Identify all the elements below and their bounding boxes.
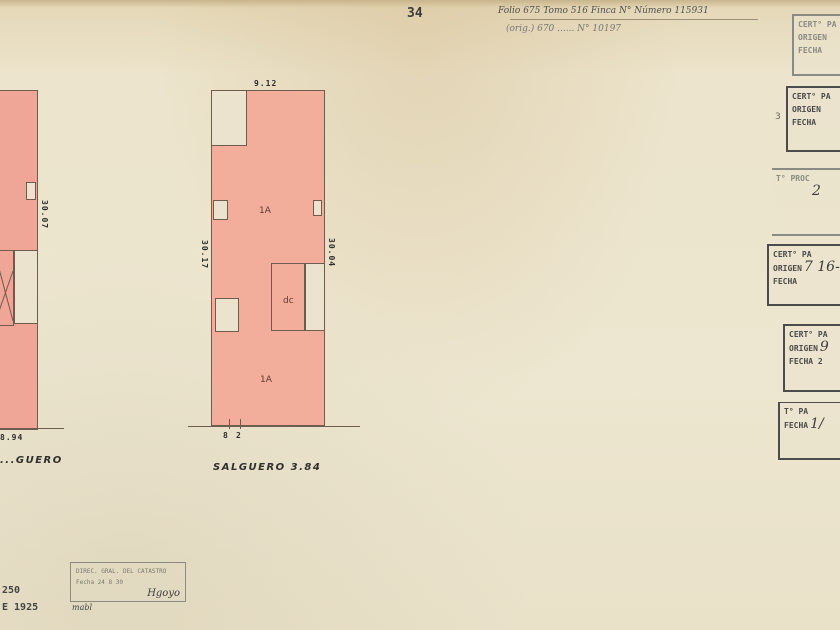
certificate-stamp-1: CERT° PA ORIGEN FECHA (792, 14, 840, 76)
registry-reference-line-1: Folio 675 Tomo 516 Finca N° Número 11593… (498, 6, 709, 16)
left-plan-courtyard (14, 250, 38, 324)
left-plan-street-name: ...GUERO (0, 455, 63, 466)
cadastre-office-stamp: DIREC. GRAL. DEL CATASTRO Fecha 24 8 30 … (70, 562, 186, 602)
room-label-lower: 1A (260, 375, 272, 385)
registry-reference-line-2: (orig.) 670 ...... N° 10197 (506, 24, 621, 34)
center-plan-rear-patio (211, 90, 247, 146)
page-number: 34 (407, 6, 423, 21)
certificate-stamp-5: CERT° PA ORIGEN9 FECHA 2 (783, 324, 840, 392)
left-plan-notch (26, 182, 36, 200)
frontage-tick-2 (240, 419, 241, 429)
center-plan-side-light-well (305, 263, 325, 331)
center-plan-small-patio (213, 200, 228, 220)
left-plan-frontage-dimension: 8.94 (0, 433, 23, 442)
left-plan-street-line (0, 428, 64, 429)
bottom-left-year: E 1925 (2, 602, 38, 613)
center-plan-street-name: SALGUERO 3.84 (213, 462, 321, 473)
left-plan-side-dimension: 30.07 (40, 200, 49, 229)
center-plan-right-dimension: 30.04 (327, 238, 336, 267)
certificate-stamp-2: CERT° PA ORIGEN FECHA (786, 86, 840, 152)
room-label-middle: dc (283, 296, 294, 306)
frontage-tick-1 (229, 419, 230, 429)
header-underline (510, 19, 758, 20)
margin-note: 3 (775, 112, 781, 122)
frontage-dimension-1: 8 (223, 431, 229, 440)
bottom-left-code: 250 (2, 585, 20, 596)
center-plan-patio-left (215, 298, 239, 332)
left-plan-stair-box (0, 250, 14, 326)
certificate-stamp-4: CERT° PA ORIGEN7 16- FECHA (767, 244, 840, 306)
initials: mabl (72, 603, 92, 612)
center-plan-street-line (188, 426, 360, 427)
stair-cross-icon (0, 251, 15, 327)
center-plan-left-dimension: 30.17 (200, 240, 209, 269)
frontage-dimension-2: 2 (236, 431, 242, 440)
room-label-upper: 1A (259, 206, 271, 216)
scanned-paper-background (0, 0, 840, 630)
center-plan-side-notch (313, 200, 322, 216)
certificate-stamp-6: T° PA FECHA1/ (778, 402, 840, 460)
center-plan-top-dimension: 9.12 (254, 79, 277, 88)
certificate-stamp-3: T° PROC 2 (772, 168, 840, 236)
